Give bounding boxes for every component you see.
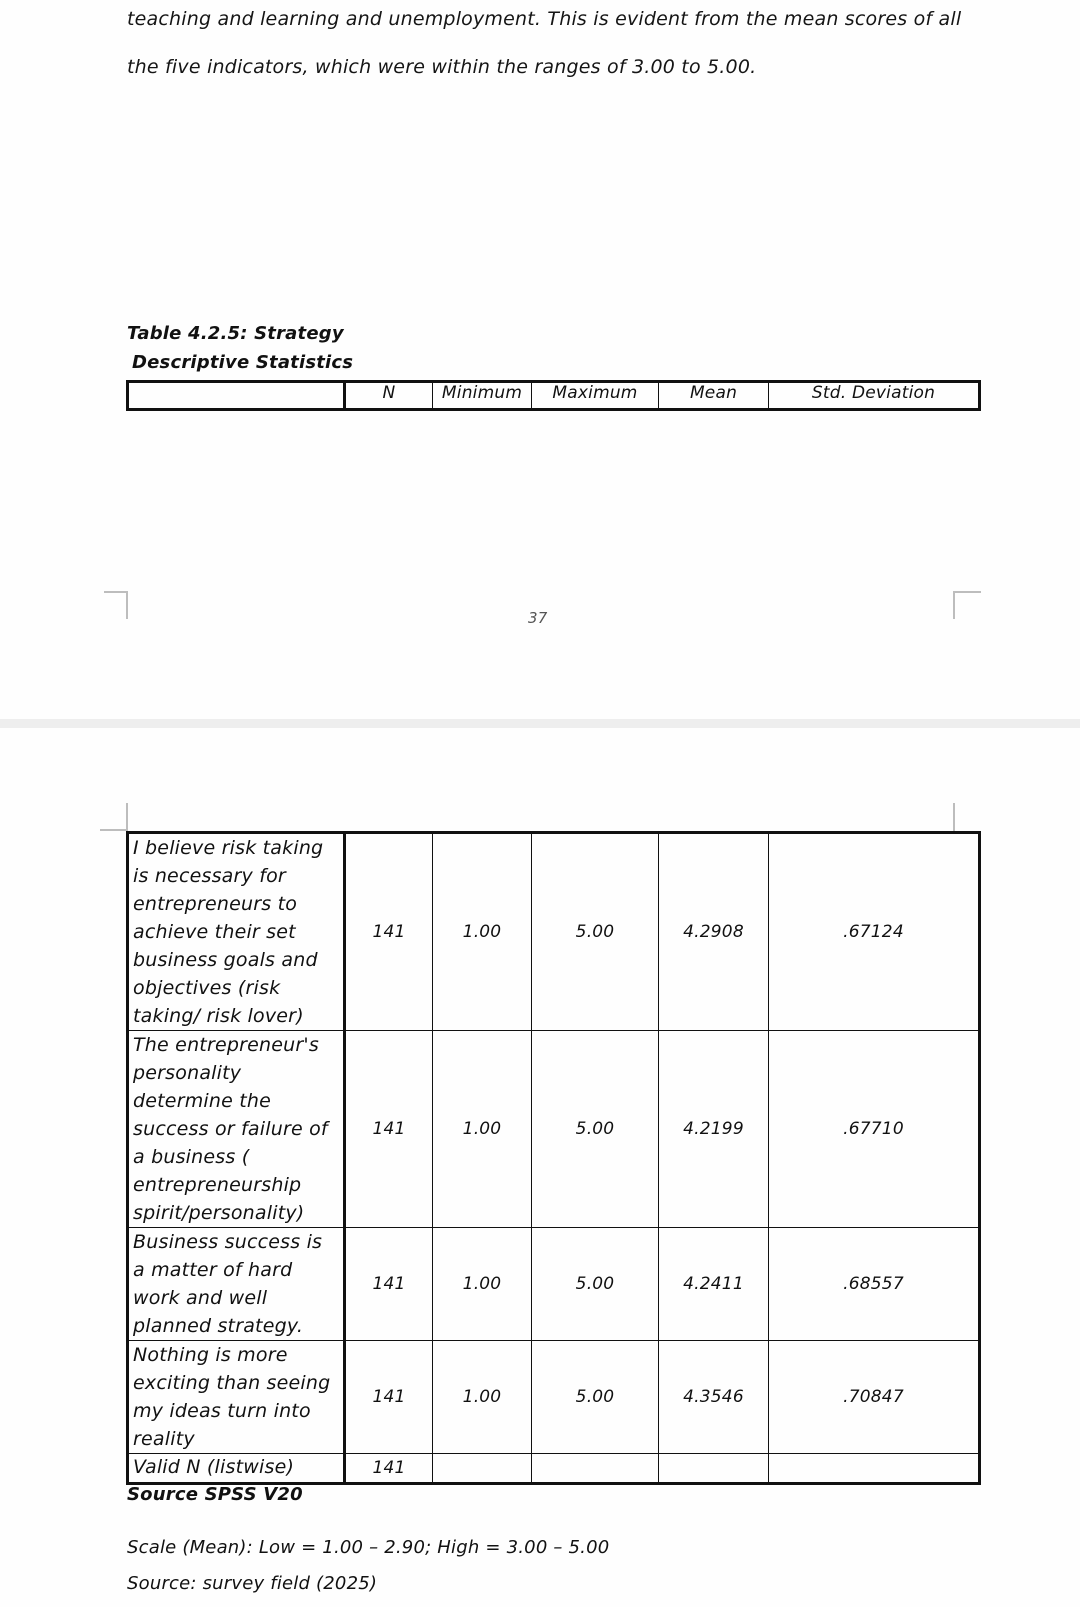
cell-mean: 4.3546: [659, 1341, 769, 1454]
header-minimum: Minimum: [433, 382, 532, 410]
cell-mean: 4.2411: [659, 1228, 769, 1341]
header-n: N: [345, 382, 433, 410]
table-row: Valid N (listwise) 141: [128, 1454, 980, 1484]
header-blank: [128, 382, 345, 410]
table-caption: Table 4.2.5: Strategy: [127, 323, 344, 344]
cell-minimum: 1.00: [433, 833, 532, 1031]
row-label: Nothing is more exciting than seeing my …: [128, 1341, 345, 1454]
crop-mark-bottom-right: [953, 591, 981, 619]
crop-mark-top-left-horizontal: [100, 829, 126, 831]
table-row: I believe risk taking is necessary for e…: [128, 833, 980, 1031]
descriptive-statistics-table: I believe risk taking is necessary for e…: [126, 831, 981, 1485]
table-header: N Minimum Maximum Mean Std. Deviation: [126, 380, 981, 411]
cell-std-deviation: .70847: [769, 1341, 980, 1454]
row-label: Business success is a matter of hard wor…: [128, 1228, 345, 1341]
page-separator: [0, 719, 1080, 728]
source-spss-note: Source SPSS V20: [127, 1484, 303, 1505]
cell-maximum: 5.00: [532, 1341, 659, 1454]
header-std-deviation: Std. Deviation: [769, 382, 980, 410]
header-mean: Mean: [659, 382, 769, 410]
cell-minimum: 1.00: [433, 1341, 532, 1454]
document-page-1: teaching and learning and unemployment. …: [0, 0, 1080, 719]
source-survey-note: Source: survey field (2025): [127, 1573, 377, 1594]
cell-std-deviation: .67124: [769, 833, 980, 1031]
cell-minimum: 1.00: [433, 1228, 532, 1341]
table-row: The entrepreneur's personality determine…: [128, 1031, 980, 1228]
cell-std-deviation: .67710: [769, 1031, 980, 1228]
cell-maximum: 5.00: [532, 1228, 659, 1341]
cell-maximum: [532, 1454, 659, 1484]
paragraph-line-2: the five indicators, which were within t…: [127, 56, 756, 78]
cell-std-deviation: [769, 1454, 980, 1484]
row-label: I believe risk taking is necessary for e…: [128, 833, 345, 1031]
page-number: 37: [528, 609, 548, 627]
cell-minimum: [433, 1454, 532, 1484]
cell-minimum: 1.00: [433, 1031, 532, 1228]
scale-note: Scale (Mean): Low = 1.00 – 2.90; High = …: [127, 1537, 609, 1558]
crop-mark-bottom-left: [104, 591, 128, 619]
cell-n: 141: [345, 1341, 433, 1454]
row-label: The entrepreneur's personality determine…: [128, 1031, 345, 1228]
cell-n: 141: [345, 1454, 433, 1484]
table-row: Nothing is more exciting than seeing my …: [128, 1341, 980, 1454]
table-subtitle: Descriptive Statistics: [132, 352, 353, 373]
crop-mark-top-right: [953, 803, 955, 831]
cell-n: 141: [345, 1031, 433, 1228]
table-row: Business success is a matter of hard wor…: [128, 1228, 980, 1341]
cell-n: 141: [345, 833, 433, 1031]
paragraph-line-1: teaching and learning and unemployment. …: [127, 8, 961, 30]
row-label: Valid N (listwise): [128, 1454, 345, 1484]
cell-mean: 4.2199: [659, 1031, 769, 1228]
crop-mark-top-left: [126, 803, 128, 831]
cell-mean: 4.2908: [659, 833, 769, 1031]
header-maximum: Maximum: [532, 382, 659, 410]
cell-maximum: 5.00: [532, 1031, 659, 1228]
cell-mean: [659, 1454, 769, 1484]
cell-std-deviation: .68557: [769, 1228, 980, 1341]
cell-n: 141: [345, 1228, 433, 1341]
cell-maximum: 5.00: [532, 833, 659, 1031]
